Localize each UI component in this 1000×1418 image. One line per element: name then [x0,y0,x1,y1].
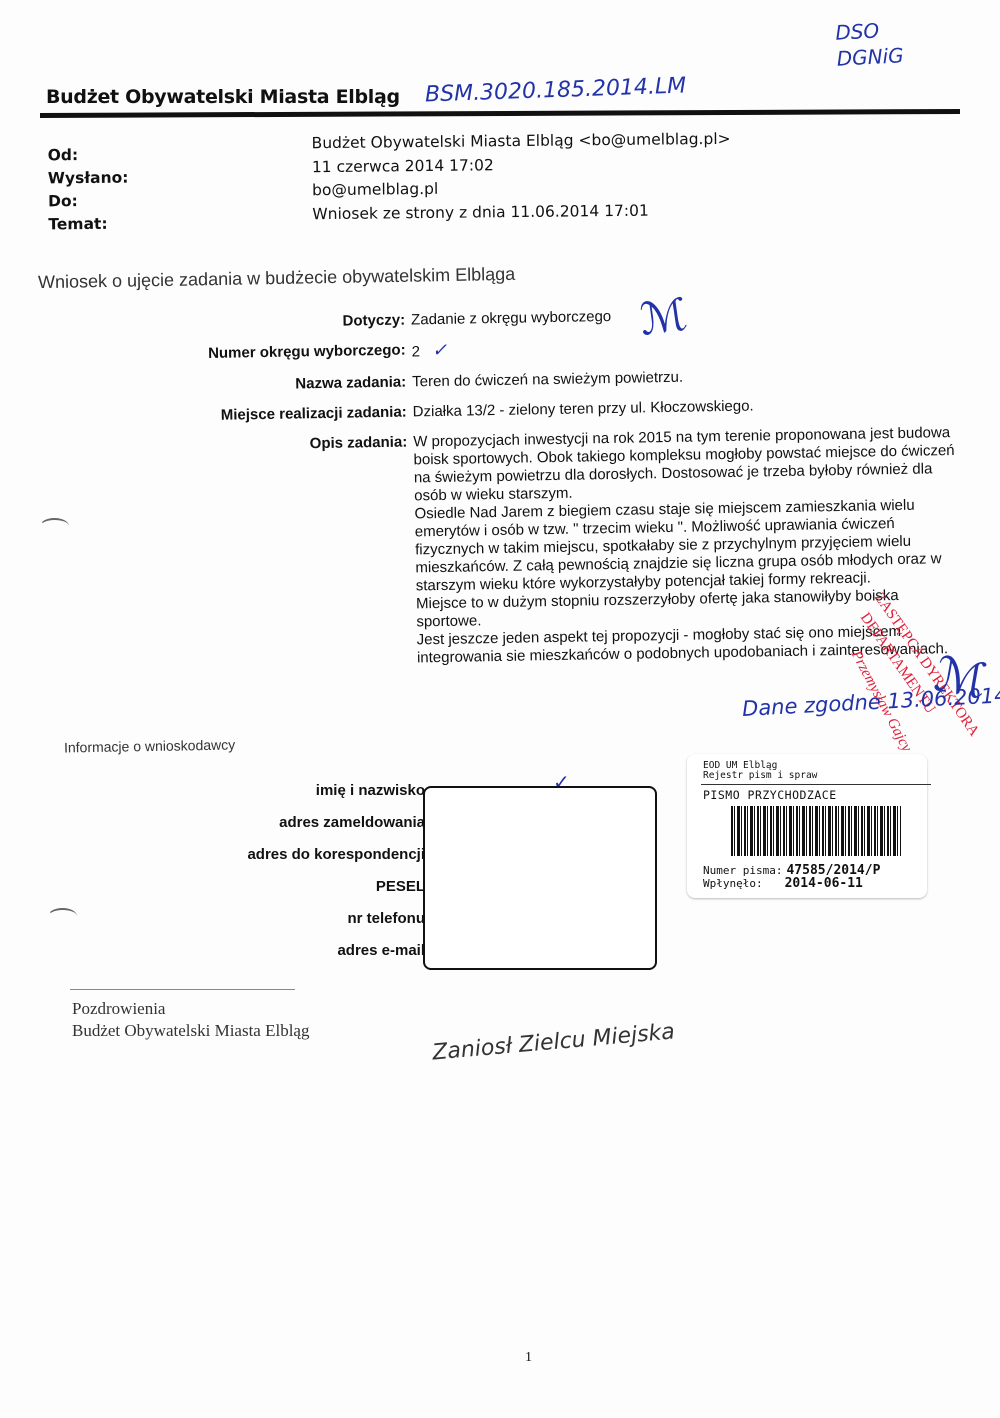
applicant-section-title: Informacje o wnioskodawcy [64,737,235,756]
page-number: 1 [525,1350,532,1366]
redaction-box [423,786,657,970]
handwritten-reference-number: BSM.3020.185.2014.LM [425,73,687,107]
document-header-title: Budżet Obywatelski Miasta Elbląg [46,86,400,108]
registry-date-row: Wpłynęło:2014-06-11 [703,876,863,891]
applicant-fields: imię i nazwisko: adres zameldowania: adr… [150,782,430,974]
meta-label-subject: Temat: [48,213,129,237]
dept-code-1: DSO [835,16,903,45]
field-label: Nazwa zadania: [151,373,412,396]
handwritten-bottom-note: Zaniosł Zielcu Miejska [431,1019,675,1065]
field-value: Działka 13/2 - zielony teren przy ul. Kł… [413,394,962,422]
field-row-dotyczy: Dotyczy: Zadanie z okręgu wyborczego [150,302,960,334]
field-label: Numer okręgu wyborczego: [151,341,412,366]
applicant-label-registered-address: adres zameldowania: [150,814,430,846]
handwritten-signature-2: ℳ [931,646,991,710]
email-meta-labels: Od: Wysłano: Do: Temat: [48,144,129,237]
applicant-label-name: imię i nazwisko: [150,782,430,814]
field-label: Dotyczy: [150,311,411,334]
applicant-label-pesel: PESEL: [150,878,430,910]
checkmark-icon: ✓ [432,340,447,360]
meta-value-subject: Wniosek ze strony z dnia 11.06.2014 17:0… [312,198,731,226]
registry-name: Rejestr pism i spraw [703,770,817,781]
registry-divider [701,784,931,785]
handwritten-signature-1: ℳ [637,289,691,346]
barcode-icon [731,806,901,856]
handwritten-department-codes: DSO DGNiG [835,16,905,71]
applicant-label-mail-address: adres do korespondencji: [150,846,430,878]
closing-greeting: Pozdrowienia [72,998,309,1020]
field-label: Opis zadania: [152,433,417,672]
email-meta-values: Budżet Obywatelski Miasta Elbląg <bo@ume… [312,128,732,226]
meta-value-from: Budżet Obywatelski Miasta Elbląg <bo@ume… [312,128,731,156]
closing-divider [70,989,295,990]
form-title: Wniosek o ujęcie zadania w budżecie obyw… [38,264,516,293]
applicant-label-email: adres e-mail: [150,942,430,974]
applicant-label-phone: nr telefonu: [150,910,430,942]
field-row-location: Miejsce realizacji zadania: Działka 13/2… [152,394,962,426]
punch-hole-icon [40,518,69,534]
meta-label-to: Do: [48,190,129,214]
registry-date-value: 2014-06-11 [785,876,863,891]
dept-code-2: DGNiG [836,42,904,71]
registry-date-label: Wpłynęło: [703,877,763,890]
field-row-task-name: Nazwa zadania: Teren do ćwiczeń na swież… [151,364,961,396]
field-value: 2 [412,343,421,360]
header-divider [40,109,960,118]
meta-label-sent: Wysłano: [48,167,129,191]
meta-label-from: Od: [48,144,129,168]
form-fields: Dotyczy: Zadanie z okręgu wyborczego Num… [150,302,966,684]
field-label: Miejsce realizacji zadania: [152,403,413,426]
field-row-description: Opis zadania: W propozycjach inwestycji … [152,424,966,672]
registry-kind: PISMO PRZYCHODZACE [703,788,837,802]
closing-block: Pozdrowienia Budżet Obywatelski Miasta E… [72,998,309,1042]
field-row-district: Numer okręgu wyborczego: 2✓ [151,332,961,366]
field-value: Teren do ćwiczeń na swieżym powietrzu. [412,364,961,392]
registry-label: EOD UM Elbląg Rejestr pism i spraw PISMO… [687,754,927,898]
punch-hole-icon [48,908,77,924]
closing-sender: Budżet Obywatelski Miasta Elbląg [72,1020,309,1042]
